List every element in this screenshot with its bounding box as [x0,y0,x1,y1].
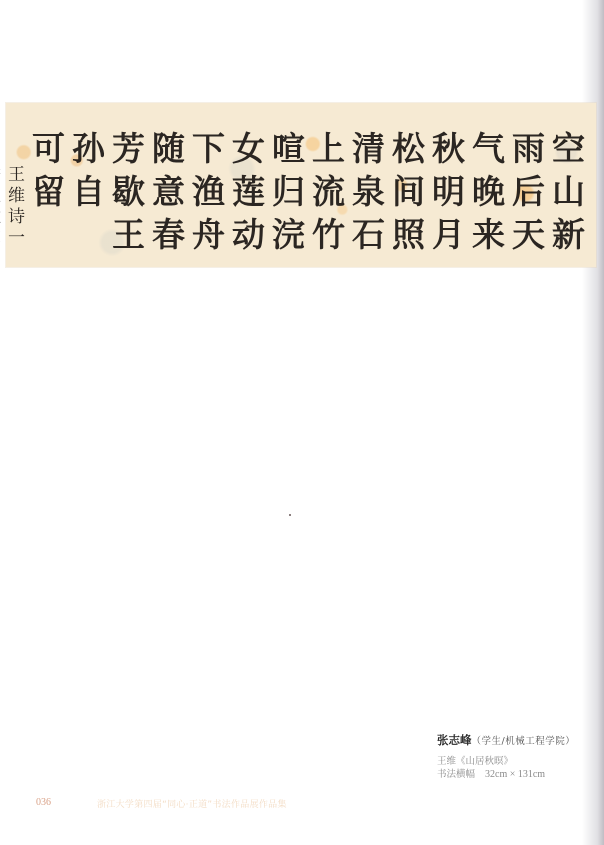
artist-line: 张志峰（学生/机械工程学院） [437,732,597,748]
poem-column-12: 芳歇王 [106,131,146,260]
book-title: 浙江大学第四届“同心·正道”书法作品展作品集 [97,797,287,810]
scan-speck [289,514,291,516]
poem-column-2: 雨后天 [506,131,546,260]
poem-column-13: 孙自 [66,131,106,217]
work-dimensions: 32cm × 131cm [485,769,545,780]
page-number: 036 [36,797,51,808]
poem-column-14: 可留 [26,131,66,217]
poem-column-7: 上流竹 [306,131,346,260]
work-format: 书法横幅 [437,769,475,780]
poem-column-5: 松间照 [386,131,426,260]
work-title: 王维《山居秋暝》 [437,755,597,768]
poem-column-6: 清泉石 [346,131,386,260]
poem-column-11: 随意春 [146,131,186,260]
poem-column-4: 秋明月 [426,131,466,260]
poem-column-8: 喧归浣 [266,131,306,260]
work-format-line: 书法横幅32cm × 131cm [437,768,597,781]
work-info: 王维《山居秋暝》 书法横幅32cm × 131cm [437,755,597,781]
poem-column-10: 下渔舟 [186,131,226,260]
calligraphy-text: 空山新 雨后天 气晚来 秋明月 松间照 清泉石 上流竹 喧归浣 女莲动 下渔舟 … [16,103,586,267]
calligraphy-artwork: 空山新 雨后天 气晚来 秋明月 松间照 清泉石 上流竹 喧归浣 女莲动 下渔舟 … [6,103,596,267]
inscription-column-2: 辛丑秋志峰 [0,165,2,267]
poem-column-3: 气晚来 [466,131,506,260]
poem-column-1: 空山新 [546,131,586,260]
artist-name: 张志峰 [437,733,472,747]
poem-column-9: 女莲动 [226,131,266,260]
inscription-column-1: 王维诗一首 [2,165,26,267]
artwork-caption: 张志峰（学生/机械工程学院） 王维《山居秋暝》 书法横幅32cm × 131cm [437,732,597,781]
artist-affiliation: （学生/机械工程学院） [472,736,576,747]
